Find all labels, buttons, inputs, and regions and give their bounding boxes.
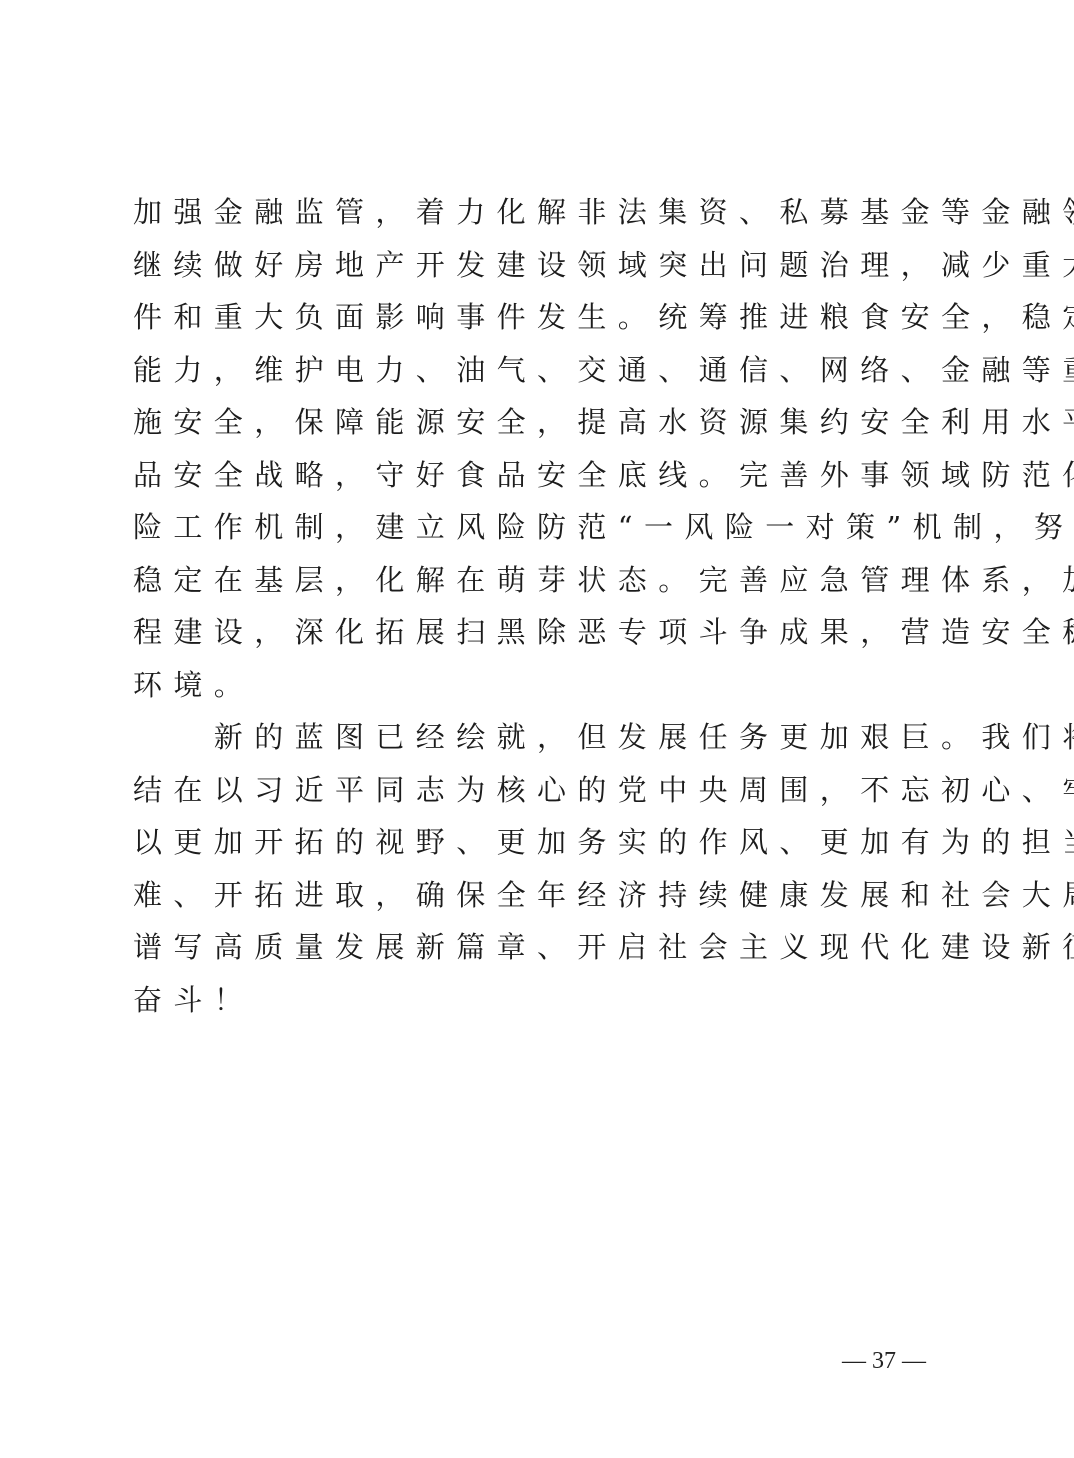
- body-text: 加强金融监管，着力化解非法集资、私募基金等金融领域风险， 继续做好房地产开发建设…: [133, 186, 945, 1026]
- text-line: 稳定在基层，化解在萌芽状态。完善应急管理体系，加快雪亮工: [133, 554, 945, 607]
- text-line: 施安全，保障能源安全，提高水资源集约安全利用水平。实施食: [133, 396, 945, 449]
- text-line: 品安全战略，守好食品安全底线。完善外事领域防范化解重大风: [133, 449, 945, 502]
- text-line: 环境。: [133, 659, 945, 712]
- paragraph-start-line: 新的蓝图已经绘就，但发展任务更加艰巨。我们将紧密地团: [133, 711, 945, 764]
- text-line: 奋斗！: [133, 974, 945, 1027]
- page-number: — 37 —: [842, 1348, 926, 1375]
- text-line: 件和重大负面影响事件发生。统筹推进粮食安全，稳定粮食生产: [133, 291, 945, 344]
- text-line: 加强金融监管，着力化解非法集资、私募基金等金融领域风险，: [133, 186, 945, 239]
- document-page: 加强金融监管，着力化解非法集资、私募基金等金融领域风险， 继续做好房地产开发建设…: [0, 0, 1074, 1458]
- text-line: 结在以习近平同志为核心的党中央周围，不忘初心、牢记使命，: [133, 764, 945, 817]
- text-line: 险工作机制，建立风险防范“一风险一对策”机制，努力将矛盾: [133, 501, 945, 554]
- text-line: 能力，维护电力、油气、交通、通信、网络、金融等重要基础设: [133, 344, 945, 397]
- text-line: 以更加开拓的视野、更加务实的作风、更加有为的担当，攻坚克: [133, 816, 945, 869]
- text-line: 继续做好房地产开发建设领域突出问题治理，减少重大群体性事: [133, 239, 945, 292]
- text-line: 难、开拓进取，确保全年经济持续健康发展和社会大局稳定，为: [133, 869, 945, 922]
- text-line: 谱写高质量发展新篇章、开启社会主义现代化建设新征程而不懈: [133, 921, 945, 974]
- text-line: 程建设，深化拓展扫黑除恶专项斗争成果，营造安全稳定的社会: [133, 606, 945, 659]
